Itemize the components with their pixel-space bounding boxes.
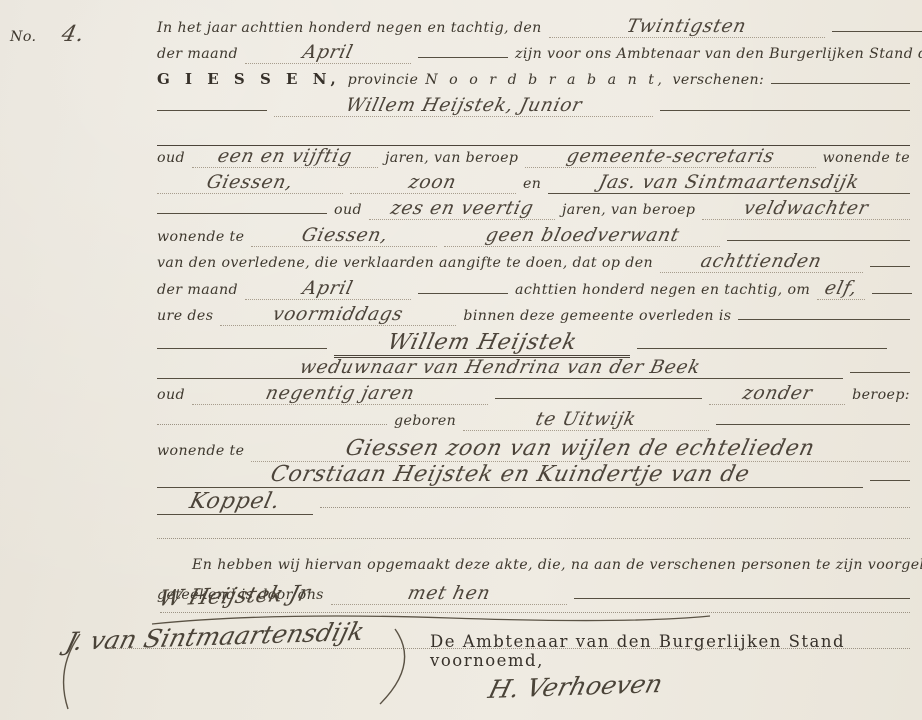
line-blank-rule-2 bbox=[157, 515, 910, 539]
blank-line bbox=[637, 334, 887, 349]
blank-line bbox=[738, 305, 910, 320]
printed-text: en bbox=[523, 176, 541, 192]
handwritten-residence1: Giessen, bbox=[205, 172, 296, 193]
line-deceased-name: Willem Heijstek bbox=[157, 330, 910, 356]
printed-text: jaren, van beroep bbox=[562, 202, 695, 218]
line-deceased-age: oud negentig jaren zonder beroep: bbox=[157, 383, 910, 409]
handwritten-death-month: April bbox=[301, 278, 356, 299]
line-declaration: van den overledene, die verklaarden aang… bbox=[157, 251, 910, 277]
printed-text: wonende te bbox=[157, 443, 244, 459]
line-parents-2: Koppel. bbox=[157, 489, 910, 515]
printed-text: oud bbox=[334, 202, 362, 218]
line-deceased-residence: wonende te Giessen zoon van wijlen de ec… bbox=[157, 436, 910, 462]
printed-text: geboren bbox=[394, 413, 456, 429]
printed-text: zijn voor ons Ambtenaar van den Burgerli… bbox=[515, 46, 922, 62]
blank-line bbox=[320, 493, 910, 508]
line-year: In het jaar achttien honderd negen en ta… bbox=[157, 16, 910, 42]
line-parents: Corstiaan Heijstek en Kuindertje van de bbox=[157, 462, 910, 488]
blank-line bbox=[771, 69, 910, 84]
handwritten-declarant1: Willem Heijstek, Junior bbox=[343, 95, 584, 116]
blank-line bbox=[870, 252, 910, 267]
ruled-line bbox=[157, 538, 910, 539]
printed-text: wonende te bbox=[823, 150, 910, 166]
blank-line bbox=[850, 358, 910, 373]
death-certificate-scan: No. 4. In het jaar achttien honderd nege… bbox=[0, 0, 922, 720]
handwritten-son-of: Giessen zoon van wijlen de echtelieden bbox=[344, 436, 818, 461]
province-name: N o o r d b r a b a n t, bbox=[425, 72, 665, 88]
blank-line bbox=[157, 334, 327, 349]
blank-line bbox=[157, 96, 267, 111]
act-body: In het jaar achttien honderd negen en ta… bbox=[157, 16, 910, 610]
municipality-name: G I E S S E N, bbox=[157, 70, 341, 88]
blank-line bbox=[832, 17, 922, 32]
printed-text: ure des bbox=[157, 308, 213, 324]
line-death-time: ure des voormiddags binnen deze gemeente… bbox=[157, 304, 910, 330]
record-number-label: No. bbox=[10, 29, 36, 45]
handwritten-occupation1: gemeente-secretaris bbox=[564, 146, 776, 167]
line-declarant2-details: oud zes en veertig jaren, van beroep vel… bbox=[157, 198, 910, 224]
blank-line bbox=[495, 384, 702, 399]
handwritten-death-day: achttienden bbox=[699, 251, 824, 272]
record-number-value: 4. bbox=[59, 22, 87, 47]
handwritten-birthplace: te Uitwijk bbox=[534, 409, 639, 430]
printed-text: provincie bbox=[348, 72, 419, 88]
line-declarant1-name: Willem Heijstek, Junior bbox=[157, 95, 910, 121]
signature-declarant1: W Heijstek Jr bbox=[156, 581, 312, 611]
blank-line bbox=[727, 226, 910, 241]
handwritten-month: April bbox=[301, 42, 356, 63]
printed-text: jaren, van beroep bbox=[385, 150, 518, 166]
printed-text: oud bbox=[157, 150, 185, 166]
printed-text: beroep: bbox=[852, 387, 910, 403]
line-declarant2-name: Giessen, zoon en Jas. van Sintmaartensdi… bbox=[157, 172, 910, 198]
line-death-month: der maand April achttien honderd negen e… bbox=[157, 278, 910, 304]
handwritten-declarant2: Jas. van Sintmaartensdijk bbox=[597, 172, 862, 193]
blank-line bbox=[660, 96, 910, 111]
handwritten-parents: Corstiaan Heijstek en Kuindertje van de bbox=[268, 462, 752, 487]
blank-line bbox=[716, 410, 910, 425]
line-declarant1-details: oud een en vijftig jaren, van beroep gem… bbox=[157, 146, 910, 172]
line-widower: weduwnaar van Hendrina van der Beek bbox=[157, 357, 910, 383]
handwritten-occupation2: veldwachter bbox=[742, 198, 871, 219]
handwritten-parents-cont: Koppel. bbox=[187, 489, 283, 514]
printed-text: En hebben wij hiervan opgemaakt deze akt… bbox=[192, 557, 922, 573]
blank-line bbox=[418, 43, 508, 58]
printed-text: oud bbox=[157, 387, 185, 403]
signature-official: H. Verhoeven bbox=[486, 669, 666, 704]
blank-line bbox=[157, 199, 327, 214]
handwritten-relation2: geen bloedverwant bbox=[483, 225, 681, 246]
margin-column: No. 4. bbox=[10, 22, 150, 47]
handwritten-deceased-age: negentig jaren bbox=[263, 383, 416, 404]
line-month: der maand April zijn voor ons Ambtenaar … bbox=[157, 42, 910, 68]
handwritten-death-hour: elf, bbox=[823, 278, 860, 299]
printed-text: der maand bbox=[157, 282, 238, 298]
official-title: De Ambtenaar van den Burgerlijken Stand … bbox=[430, 632, 910, 670]
line-blank-rule bbox=[157, 122, 910, 146]
blank-line bbox=[872, 279, 912, 294]
spacer bbox=[157, 539, 910, 557]
signature-area: W Heijstek Jr J. van Sintmaartensdijk De… bbox=[10, 584, 910, 716]
handwritten-day: Twintigsten bbox=[625, 16, 749, 37]
line-birthplace: geboren te Uitwijk bbox=[157, 409, 910, 435]
handwritten-widower-of: weduwnaar van Hendrina van der Beek bbox=[297, 357, 702, 378]
printed-text: van den overledene, die verklaarden aang… bbox=[157, 255, 653, 271]
printed-text: binnen deze gemeente overleden is bbox=[463, 308, 731, 324]
signature-flourish bbox=[50, 624, 450, 714]
printed-text: der maand bbox=[157, 46, 238, 62]
printed-text: In het jaar achttien honderd negen en ta… bbox=[157, 20, 542, 36]
handwritten-relation1: zoon bbox=[407, 172, 459, 193]
blank-line bbox=[418, 279, 508, 294]
line-municipality: G I E S S E N, provincie N o o r d b r a… bbox=[157, 69, 910, 95]
line-declarant2-residence: wonende te Giessen, geen bloedverwant bbox=[157, 225, 910, 251]
handwritten-age2: zes en veertig bbox=[388, 198, 535, 219]
line-closing: En hebben wij hiervan opgemaakt deze akt… bbox=[157, 557, 910, 583]
blank-line bbox=[870, 466, 910, 481]
handwritten-occupation-none: zonder bbox=[740, 383, 814, 404]
printed-text: verschenen: bbox=[672, 72, 764, 88]
printed-text: achttien honderd negen en tachtig, om bbox=[515, 282, 810, 298]
handwritten-residence2: Giessen, bbox=[299, 225, 390, 246]
printed-text: wonende te bbox=[157, 229, 244, 245]
handwritten-daypart: voormiddags bbox=[271, 304, 406, 325]
handwritten-age1: een en vijftig bbox=[216, 146, 355, 167]
blank-line bbox=[157, 410, 387, 425]
handwritten-deceased-name: Willem Heijstek bbox=[385, 330, 580, 355]
